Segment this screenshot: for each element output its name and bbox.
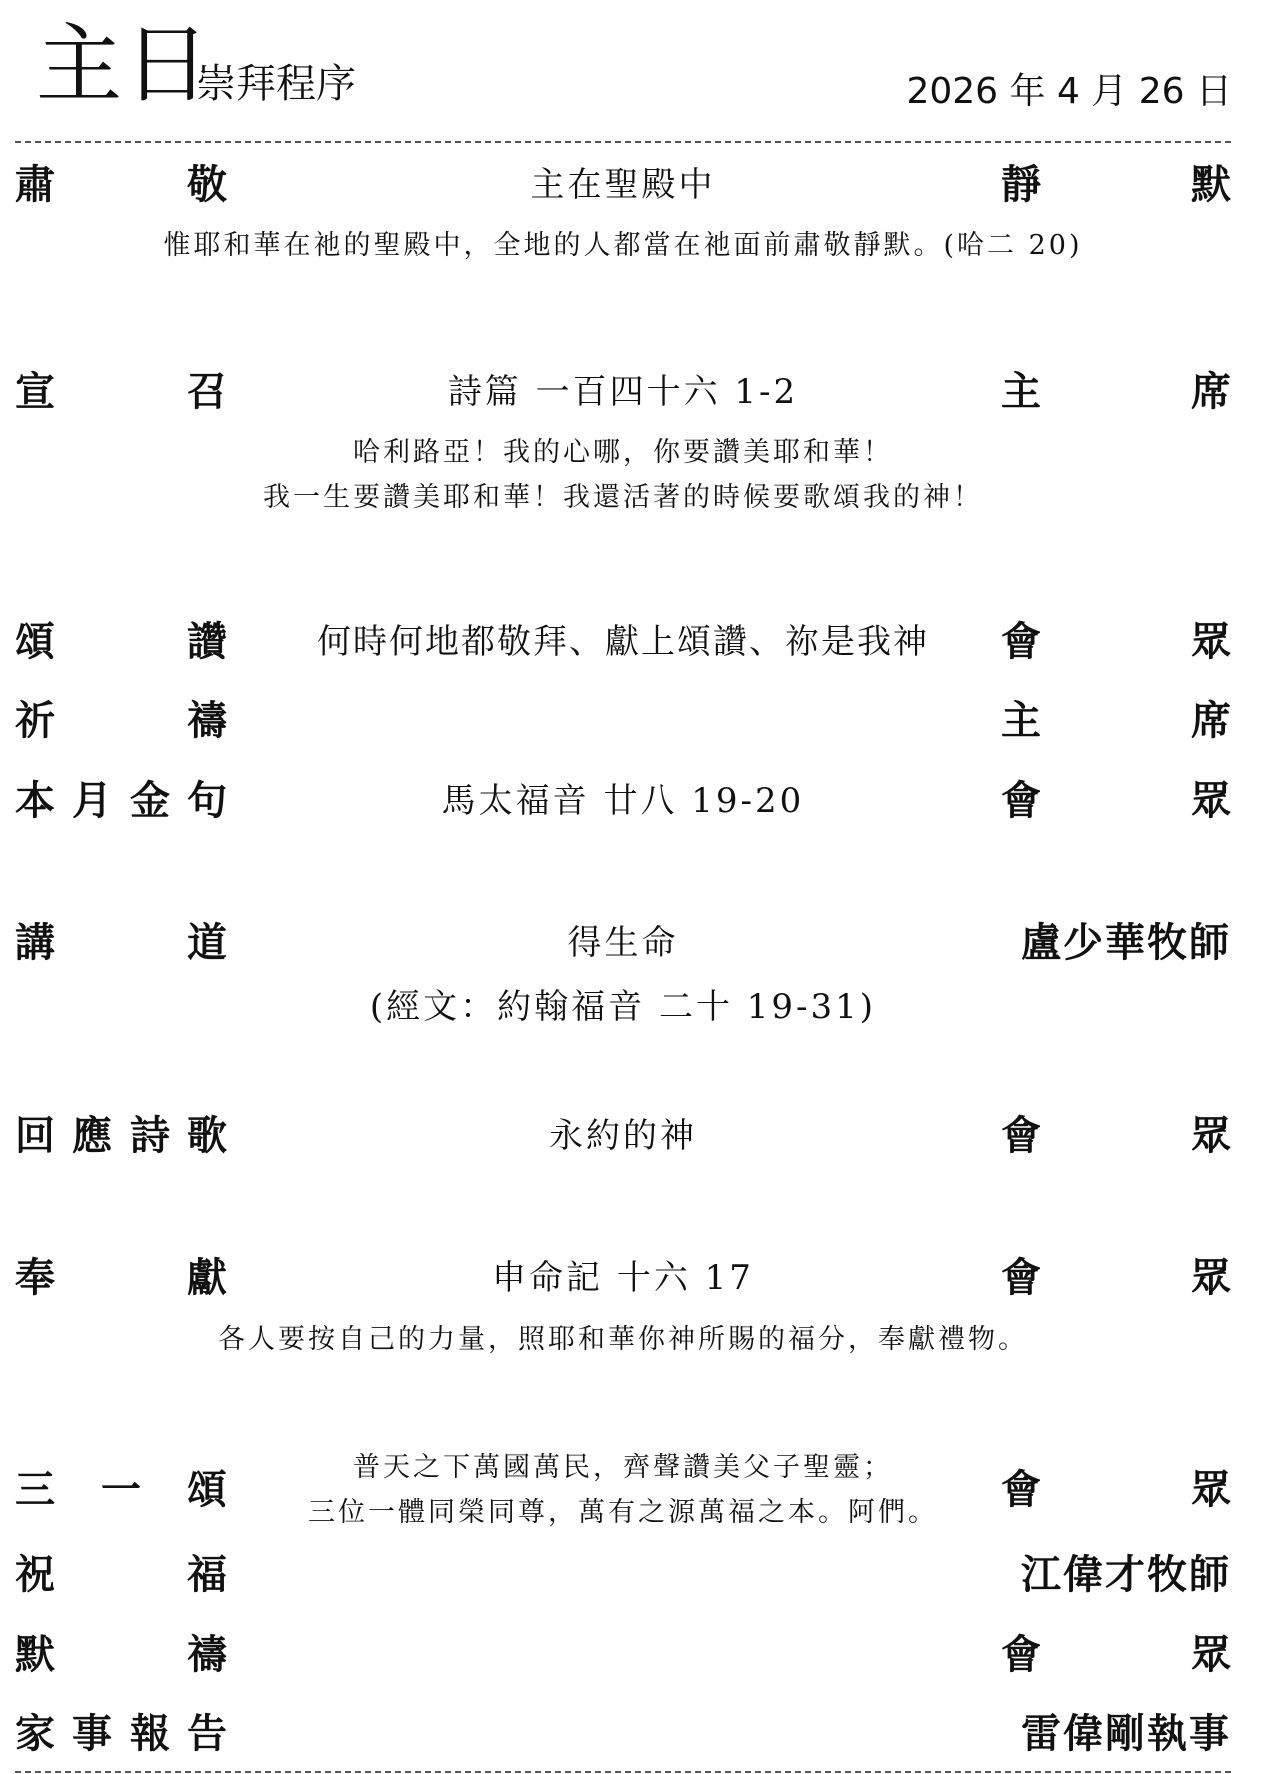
label-char: 禱	[187, 1632, 227, 1678]
sermon-scripture: (經文：約翰福音 二十 19-31)	[15, 984, 1231, 1030]
label-char: 家	[15, 1711, 55, 1757]
program-item-response-hymn: 回 應 詩 歌 永約的神 會 眾	[15, 1113, 1231, 1159]
label-char: 禱	[187, 698, 227, 744]
scripture-verse: 各人要按自己的力量，照耶和華你神所賜的福分，奉獻禮物。	[15, 1322, 1231, 1358]
doxology-line: 普天之下萬國萬民，齊聲讚美父子聖靈；	[15, 1450, 1231, 1486]
leader-char: 眾	[1191, 778, 1231, 824]
leader-char: 主	[1001, 369, 1041, 415]
leader-char: 席	[1191, 698, 1231, 744]
page-title-sub: 崇拜程序	[196, 64, 356, 104]
top-divider	[15, 141, 1231, 143]
scripture-verse: 哈利路亞！我的心哪，你要讚美耶和華！	[15, 435, 1231, 471]
benediction-pastor: 江偉才牧師	[1001, 1552, 1231, 1598]
item-content: 詩篇 一百四十六 1-2	[15, 369, 1231, 415]
label-char: 祝	[15, 1552, 55, 1598]
program-item-praise: 頌 讚 何時何地都敬拜、獻上頌讚、祢是我神 會 眾	[15, 619, 1231, 665]
leader-char: 會	[1001, 1113, 1041, 1159]
program-item-offering: 奉 獻 申命記 十六 17 會 眾	[15, 1255, 1231, 1301]
doxology-line: 三位一體同榮同尊，萬有之源萬福之本。阿們。	[15, 1495, 1231, 1531]
announcer-name: 雷偉剛執事	[1001, 1711, 1231, 1757]
scripture-verse: 我一生要讚美耶和華！我還活著的時候要歌頌我的神！	[15, 480, 1231, 516]
program-item-sermon: 講 道 得生命 盧少華牧師	[15, 920, 1231, 966]
leader-char: 主	[1001, 698, 1041, 744]
leader-char: 眾	[1191, 1255, 1231, 1301]
program-item-silence: 肅 敬 主在聖殿中 靜 默	[15, 162, 1231, 208]
scripture-verse: 惟耶和華在祂的聖殿中，全地的人都當在祂面前肅敬靜默。(哈二 20)	[15, 228, 1231, 264]
leader-char: 席	[1191, 369, 1231, 415]
label-char: 事	[72, 1711, 112, 1757]
leader-char: 眾	[1191, 1632, 1231, 1678]
label-char: 福	[187, 1552, 227, 1598]
program-item-call-to-worship: 宣 召 詩篇 一百四十六 1-2 主 席	[15, 369, 1231, 415]
item-content: 永約的神	[15, 1113, 1231, 1159]
leader-char: 眾	[1191, 619, 1231, 665]
leader-char: 會	[1001, 1255, 1041, 1301]
leader-char: 會	[1001, 1632, 1041, 1678]
leader-char: 靜	[1001, 162, 1041, 208]
leader-char: 會	[1001, 778, 1041, 824]
page-title-main: 主日	[36, 22, 212, 108]
leader-char: 會	[1001, 619, 1041, 665]
program-item-silent-prayer: 默 禱 會 眾	[15, 1632, 1231, 1678]
label-char: 告	[187, 1711, 227, 1757]
label-char: 默	[15, 1632, 55, 1678]
label-char: 祈	[15, 698, 55, 744]
preacher-name: 盧少華牧師	[1001, 920, 1231, 966]
program-item-prayer: 祈 禱 主 席	[15, 698, 1231, 744]
program-item-announcements: 家 事 報 告 雷偉剛執事	[15, 1711, 1231, 1757]
label-char: 報	[130, 1711, 170, 1757]
leader-char: 默	[1191, 162, 1231, 208]
bottom-divider	[15, 1771, 1231, 1773]
program-item-memory-verse: 本 月 金 句 馬太福音 廿八 19-20 會 眾	[15, 778, 1231, 824]
program-item-benediction: 祝 福 江偉才牧師	[15, 1552, 1231, 1598]
item-content: 主在聖殿中	[15, 162, 1231, 208]
item-content: 申命記 十六 17	[15, 1255, 1231, 1301]
leader-char: 眾	[1191, 1113, 1231, 1159]
item-content: 何時何地都敬拜、獻上頌讚、祢是我神	[15, 619, 1231, 665]
item-content: 馬太福音 廿八 19-20	[15, 778, 1231, 824]
service-date: 2026 年 4 月 26 日	[906, 74, 1232, 110]
